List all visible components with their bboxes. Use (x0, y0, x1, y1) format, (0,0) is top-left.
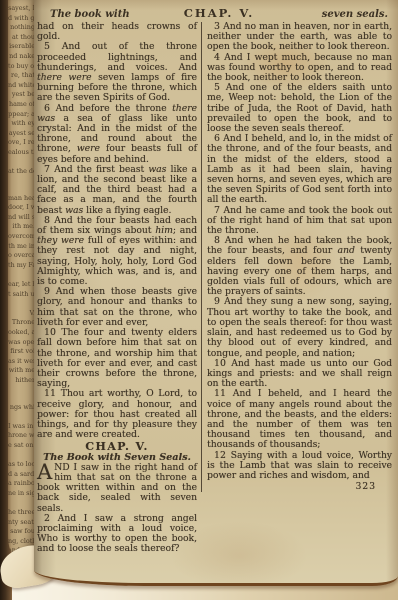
verse-8: 8 And the four beasts had each of them s… (37, 216, 197, 287)
edge-text-fragment-group: sayest, Id with gonothingat thouiserable… (8, 4, 35, 177)
running-head: The book with CHAP. V. seven seals. (34, 0, 398, 21)
open-bible-photo: sayest, Id with gonothingat thouiserable… (0, 0, 398, 600)
bible-page: The book with CHAP. V. seven seals. had … (34, 0, 398, 586)
left-text-column: had on their heads crowns of gold.5 And … (37, 22, 197, 555)
verse-12: 12 Saying with a loud voice, Worthy is t… (207, 451, 392, 482)
verse-5: 5 And one of the elders saith unto me, W… (207, 83, 392, 134)
verse-8: 8 And when he had taken the book, the fo… (207, 236, 392, 297)
two-column-text: had on their heads crowns of gold.5 And … (34, 21, 398, 555)
verse-6: 6 And before the throne there was a sea … (37, 104, 197, 165)
verse-10: 10 And hast made us unto our God kings a… (207, 359, 392, 390)
verse-5: 5 And out of the throne proceeded lightn… (37, 42, 197, 103)
verse-2: 2 And I saw a strong angel proclaiming w… (37, 514, 197, 555)
edge-text-fragment-group: man heardoor, I wnd will sith me.overcom… (8, 194, 35, 386)
verse-7: 7 And he came and took the book out of t… (207, 206, 392, 237)
drop-cap: A (37, 463, 54, 481)
verse-7: 7 And the first beast was like a lion, a… (37, 165, 197, 216)
verse-10: 10 The four and twenty elders fall down … (37, 328, 197, 389)
verse-4: 4 And I wept much, because no man was fo… (207, 53, 392, 84)
verse-9: 9 And when those beasts give glory, and … (37, 287, 197, 328)
continued-paragraph: had on their heads crowns of gold. (37, 22, 197, 42)
running-head-right: seven seals. (254, 9, 388, 20)
verse-11: 11 Thou art worthy, O Lord, to receive g… (37, 389, 197, 440)
verse-1: AND I saw in the right hand of him that … (37, 463, 197, 514)
verse-3: 3 And no man in heaven, nor in earth, ne… (207, 22, 392, 53)
right-text-column: 3 And no man in heaven, nor in earth, ne… (201, 22, 392, 492)
running-head-left: The book with (50, 9, 184, 20)
running-head-center: CHAP. V. (184, 6, 255, 20)
page-number: 323 (207, 482, 392, 492)
chapter-heading: CHAP. V. (37, 440, 197, 452)
verse-6: 6 And I beheld, and lo, in the midst of … (207, 134, 392, 205)
verse-11: 11 And I beheld, and I heard the voice o… (207, 389, 392, 450)
edge-text-fragment-group: ngs whi I was in thhrone wae sat on th a… (8, 403, 35, 556)
verse-9: 9 And they sung a new song, saying, Thou… (207, 297, 392, 358)
